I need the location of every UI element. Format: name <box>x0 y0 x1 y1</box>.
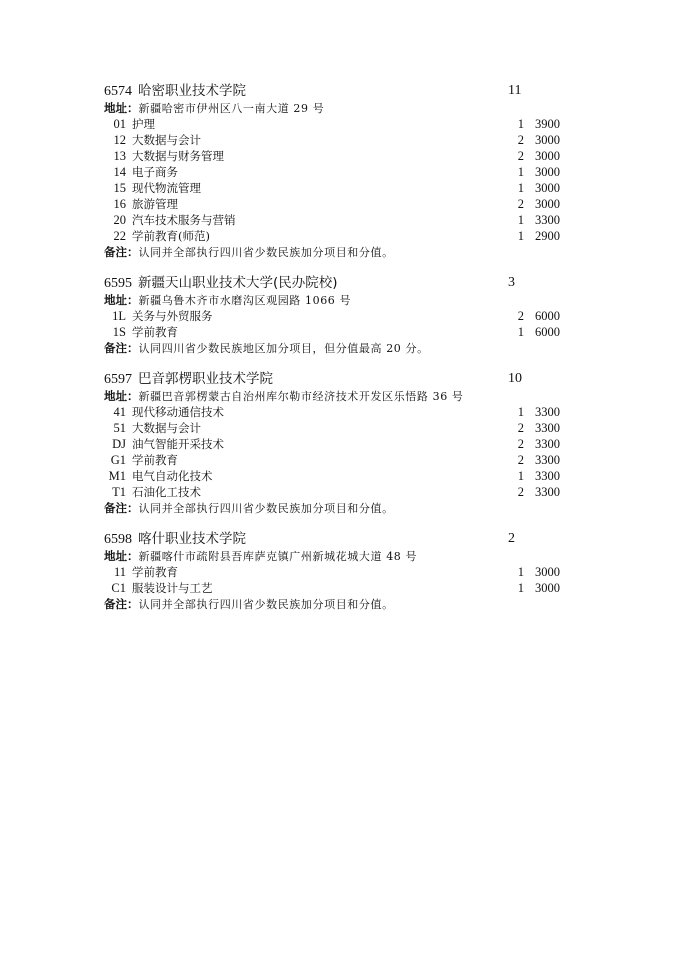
major-row: 15现代物流管理13000 <box>104 180 604 196</box>
major-row: 20汽车技术服务与营销13300 <box>104 212 604 228</box>
major-name: 学前教育 <box>132 565 178 579</box>
school-name: 新疆天山职业技术大学(民办院校) <box>138 275 338 291</box>
note-value: 认同并全部执行四川省少数民族加分项目和分值。 <box>139 598 394 611</box>
school-address: 地址：新疆喀什市疏附县吾库萨克镇广州新城花城大道 48 号 <box>104 548 604 564</box>
note-label: 备注： <box>104 341 139 355</box>
major-fee: 3300 <box>535 436 560 452</box>
major-row: 1S学前教育16000 <box>104 324 604 340</box>
major-code: 22 <box>104 228 126 244</box>
major-fee: 3000 <box>535 580 560 596</box>
major-row: 1L关务与外贸服务26000 <box>104 308 604 324</box>
note-value: 认同并全部执行四川省少数民族加分项目和分值。 <box>139 246 394 259</box>
major-code: 11 <box>104 564 126 580</box>
major-plan: 2 <box>514 196 524 212</box>
school-note: 备注：认同并全部执行四川省少数民族加分项目和分值。 <box>104 500 604 516</box>
school-code: 6574 <box>104 84 132 99</box>
school-note: 备注：认同并全部执行四川省少数民族加分项目和分值。 <box>104 244 604 260</box>
school-total-plan: 3 <box>508 274 515 292</box>
address-value: 新疆哈密市伊州区八一南大道 29 号 <box>139 102 325 115</box>
major-fee: 3000 <box>535 196 560 212</box>
major-name: 学前教育(师范) <box>132 229 210 243</box>
major-plan: 1 <box>514 180 524 196</box>
school-title: 6598喀什职业技术学院 2 <box>104 530 604 548</box>
school-title: 6597巴音郭楞职业技术学院 10 <box>104 370 604 388</box>
school-code: 6595 <box>104 276 132 291</box>
major-fee: 3900 <box>535 116 560 132</box>
major-row: 13大数据与财务管理23000 <box>104 148 604 164</box>
major-code: 41 <box>104 404 126 420</box>
major-name: 关务与外贸服务 <box>132 309 213 323</box>
major-plan: 2 <box>514 148 524 164</box>
school-note: 备注：认同并全部执行四川省少数民族加分项目和分值。 <box>104 596 604 612</box>
note-label: 备注： <box>104 597 139 611</box>
major-plan: 2 <box>514 132 524 148</box>
major-name: 大数据与会计 <box>132 421 201 435</box>
major-code: 14 <box>104 164 126 180</box>
school-title: 6595新疆天山职业技术大学(民办院校) 3 <box>104 274 604 292</box>
major-name: 大数据与财务管理 <box>132 149 224 163</box>
major-plan: 2 <box>514 452 524 468</box>
school-address: 地址：新疆乌鲁木齐市水磨沟区观园路 1066 号 <box>104 292 604 308</box>
school-note: 备注：认同四川省少数民族地区加分项目，但分值最高 20 分。 <box>104 340 604 356</box>
major-row: 41现代移动通信技术13300 <box>104 404 604 420</box>
major-plan: 1 <box>514 468 524 484</box>
major-fee: 3000 <box>535 564 560 580</box>
major-row: 51大数据与会计23300 <box>104 420 604 436</box>
major-row: 16旅游管理23000 <box>104 196 604 212</box>
major-fee: 3300 <box>535 484 560 500</box>
major-name: 石油化工技术 <box>132 485 201 499</box>
address-label: 地址： <box>104 549 139 563</box>
major-row: 12大数据与会计23000 <box>104 132 604 148</box>
major-name: 现代移动通信技术 <box>132 405 224 419</box>
major-row: 22学前教育(师范)12900 <box>104 228 604 244</box>
school-name: 喀什职业技术学院 <box>138 531 246 547</box>
major-fee: 3000 <box>535 164 560 180</box>
major-row: C1服装设计与工艺13000 <box>104 580 604 596</box>
major-code: 12 <box>104 132 126 148</box>
major-plan: 2 <box>514 308 524 324</box>
major-code: M1 <box>104 468 126 484</box>
major-code: 13 <box>104 148 126 164</box>
note-value: 认同四川省少数民族地区加分项目，但分值最高 20 分。 <box>139 342 429 355</box>
major-plan: 1 <box>514 324 524 340</box>
major-fee: 3300 <box>535 420 560 436</box>
major-plan: 2 <box>514 420 524 436</box>
school-block: 6595新疆天山职业技术大学(民办院校) 3 地址：新疆乌鲁木齐市水磨沟区观园路… <box>104 274 604 356</box>
major-code: G1 <box>104 452 126 468</box>
major-plan: 1 <box>514 580 524 596</box>
document-page: 6574哈密职业技术学院 11 地址：新疆哈密市伊州区八一南大道 29 号 01… <box>0 0 680 961</box>
major-row: G1学前教育23300 <box>104 452 604 468</box>
note-value: 认同并全部执行四川省少数民族加分项目和分值。 <box>139 502 394 515</box>
major-plan: 2 <box>514 436 524 452</box>
major-row: 01护理13900 <box>104 116 604 132</box>
major-name: 学前教育 <box>132 453 178 467</box>
major-row: 14电子商务13000 <box>104 164 604 180</box>
school-block: 6574哈密职业技术学院 11 地址：新疆哈密市伊州区八一南大道 29 号 01… <box>104 82 604 260</box>
major-code: 16 <box>104 196 126 212</box>
major-name: 学前教育 <box>132 325 178 339</box>
school-total-plan: 11 <box>508 82 521 100</box>
school-address: 地址：新疆巴音郭楞蒙古自治州库尔勒市经济技术开发区乐悟路 36 号 <box>104 388 604 404</box>
note-label: 备注： <box>104 501 139 515</box>
major-plan: 1 <box>514 164 524 180</box>
major-code: C1 <box>104 580 126 596</box>
school-block: 6597巴音郭楞职业技术学院 10 地址：新疆巴音郭楞蒙古自治州库尔勒市经济技术… <box>104 370 604 516</box>
major-plan: 1 <box>514 564 524 580</box>
major-code: 51 <box>104 420 126 436</box>
school-total-plan: 10 <box>508 370 522 388</box>
major-row: T1石油化工技术23300 <box>104 484 604 500</box>
school-block: 6598喀什职业技术学院 2 地址：新疆喀什市疏附县吾库萨克镇广州新城花城大道 … <box>104 530 604 612</box>
note-label: 备注： <box>104 245 139 259</box>
major-name: 汽车技术服务与营销 <box>132 213 236 227</box>
major-code: 15 <box>104 180 126 196</box>
major-fee: 3000 <box>535 132 560 148</box>
school-total-plan: 2 <box>508 530 515 548</box>
major-fee: 3300 <box>535 468 560 484</box>
major-code: DJ <box>104 436 126 452</box>
address-value: 新疆巴音郭楞蒙古自治州库尔勒市经济技术开发区乐悟路 36 号 <box>139 390 464 403</box>
major-name: 旅游管理 <box>132 197 178 211</box>
major-fee: 6000 <box>535 308 560 324</box>
major-name: 大数据与会计 <box>132 133 201 147</box>
school-code: 6597 <box>104 372 132 387</box>
major-plan: 2 <box>514 484 524 500</box>
major-plan: 1 <box>514 228 524 244</box>
address-label: 地址： <box>104 293 139 307</box>
school-title: 6574哈密职业技术学院 11 <box>104 82 604 100</box>
major-code: T1 <box>104 484 126 500</box>
major-plan: 1 <box>514 404 524 420</box>
major-name: 油气智能开采技术 <box>132 437 224 451</box>
major-name: 电子商务 <box>132 165 178 179</box>
address-value: 新疆乌鲁木齐市水磨沟区观园路 1066 号 <box>139 294 352 307</box>
major-plan: 1 <box>514 116 524 132</box>
major-code: 1L <box>104 308 126 324</box>
major-fee: 3300 <box>535 212 560 228</box>
major-fee: 6000 <box>535 324 560 340</box>
school-name: 巴音郭楞职业技术学院 <box>138 371 273 387</box>
school-code: 6598 <box>104 532 132 547</box>
address-label: 地址： <box>104 101 139 115</box>
major-row: DJ油气智能开采技术23300 <box>104 436 604 452</box>
school-name: 哈密职业技术学院 <box>138 83 246 99</box>
major-fee: 3300 <box>535 452 560 468</box>
major-code: 20 <box>104 212 126 228</box>
address-label: 地址： <box>104 389 139 403</box>
major-row: M1电气自动化技术13300 <box>104 468 604 484</box>
major-code: 01 <box>104 116 126 132</box>
major-row: 11学前教育13000 <box>104 564 604 580</box>
major-fee: 2900 <box>535 228 560 244</box>
major-fee: 3000 <box>535 148 560 164</box>
major-fee: 3300 <box>535 404 560 420</box>
major-name: 电气自动化技术 <box>132 469 213 483</box>
major-plan: 1 <box>514 212 524 228</box>
major-name: 服装设计与工艺 <box>132 581 213 595</box>
school-address: 地址：新疆哈密市伊州区八一南大道 29 号 <box>104 100 604 116</box>
address-value: 新疆喀什市疏附县吾库萨克镇广州新城花城大道 48 号 <box>139 550 418 563</box>
major-name: 护理 <box>132 117 155 131</box>
major-name: 现代物流管理 <box>132 181 201 195</box>
major-code: 1S <box>104 324 126 340</box>
major-fee: 3000 <box>535 180 560 196</box>
